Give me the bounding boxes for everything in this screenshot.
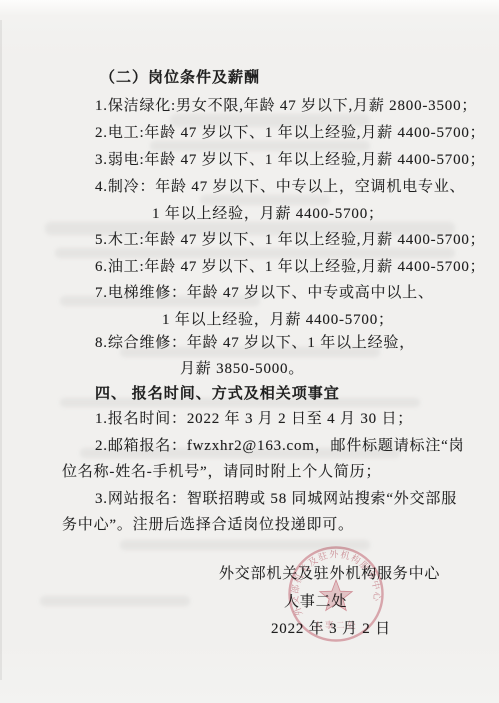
job-line-refrigeration: 4.制冷：年龄 47 岁以下、中专以上，空调机电专业、 [95, 175, 465, 196]
job-line-elevator-2: 1 年以上经验，月薪 4400-5700； [162, 308, 394, 329]
job-line-maintenance: 8.综合维修：年龄 47 岁以下、1 年以上经验， [95, 331, 415, 352]
seal-inner-text: 人事二处 [314, 619, 358, 630]
job-line-refrigeration-2: 1 年以上经验，月薪 4400-5700； [152, 202, 384, 223]
job-line-maintenance-2: 月薪 3850-5000。 [180, 357, 304, 378]
job-line-cleaning: 1.保洁绿化:男女不限,年龄 47 岁以下,月薪 2800-3500； [95, 94, 477, 115]
job-line-painter: 6.油工:年龄 47 岁以下、1 年以上经验,月薪 4400-5700； [95, 255, 485, 276]
job-line-electrician: 2.电工:年龄 47 岁以下、1 年以上经验,月薪 4400-5700； [95, 121, 485, 142]
application-line-website-2: 务中心”。注册后选择合适岗位投递即可。 [62, 513, 354, 534]
application-line-email-2: 位名称-姓名-手机号”，请同时附上个人简历； [62, 460, 381, 481]
seal-star-icon [320, 580, 352, 610]
official-seal-stamp: 外交部机关及驻外机构服务中心 人事二处 [286, 544, 386, 644]
scanned-document-page: （二）岗位条件及薪酬 1.保洁绿化:男女不限,年龄 47 岁以下,月薪 2800… [0, 0, 499, 703]
job-line-carpenter: 5.木工:年龄 47 岁以下、1 年以上经验,月薪 4400-5700； [95, 228, 485, 249]
ink-bleed [40, 596, 190, 606]
job-line-elevator: 7.电梯维修：年龄 47 岁以下、中专或高中以上、 [95, 281, 434, 302]
section-heading-application: 四、 报名时间、方式及相关项事宜 [95, 382, 340, 403]
section-heading-salary: （二）岗位条件及薪酬 [100, 66, 260, 87]
application-line-website: 3.网站报名：智联招聘或 58 同城网站搜索“外交部服 [95, 487, 457, 508]
job-line-low-voltage: 3.弱电:年龄 47 岁以下、1 年以上经验,月薪 4400-5700； [95, 148, 485, 169]
application-line-time: 1.报名时间：2022 年 3 月 2 日至 4 月 30 日； [95, 407, 413, 428]
application-line-email: 2.邮箱报名：fwzxhr2@163.com，邮件标题请标注“岗 [95, 434, 464, 455]
